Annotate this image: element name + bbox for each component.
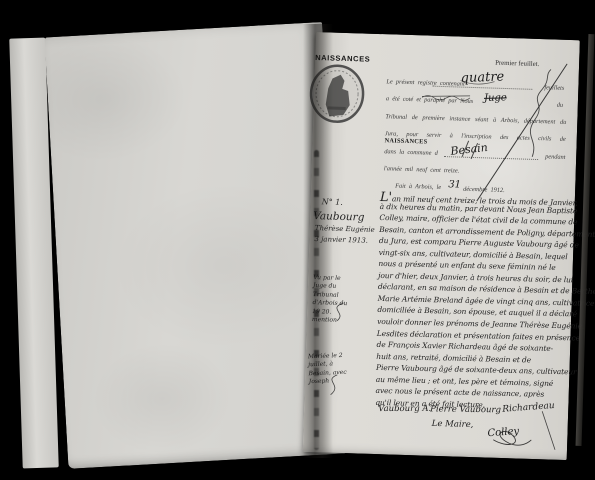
signature-father: Vaubourg A. (378, 404, 431, 414)
form-line2-printed: a été coté et paraphé par Nous (386, 95, 473, 105)
birth-act-text: L'an mil neuf cent treize, le trois du m… (375, 190, 576, 414)
form-line1-handwritten: quatre (460, 69, 504, 86)
form-line2-suffix: du (557, 102, 564, 109)
witness-signature-stroke (541, 411, 556, 449)
margin-annotations: N° 1. Vaubourg Thérèse Eugénie 3 janvier… (314, 197, 380, 199)
spine-crease-marks (314, 150, 319, 450)
form-line2-handwritten: Juge (484, 92, 507, 103)
mayor-role-label: Le Maire, (432, 419, 474, 430)
republique-stamp-icon (307, 62, 367, 126)
form-line5-suffix: pendant (545, 153, 566, 161)
form-line5-printed: dans la commune d (384, 148, 438, 157)
scanned-register-spread: NAISSANCES Premier feuillet. Le présent … (0, 0, 595, 480)
signature-witness-1: Pierre Vaubourg (430, 404, 501, 415)
form-line1-suffix: feuillets (544, 84, 564, 92)
signature-mayor: Colley (487, 426, 519, 439)
folio-label: Premier feuillet. (495, 60, 539, 68)
form-blank-line (432, 86, 532, 90)
form-line4-emphasis: NAISSANCES (385, 137, 428, 145)
right-register-page: NAISSANCES Premier feuillet. Le présent … (303, 32, 580, 460)
form-line5-handwritten: Besain (450, 141, 489, 158)
margin-given-names: Thérèse Eugénie (315, 224, 375, 234)
act-number: N° 1. (322, 197, 343, 207)
form-line3: Tribunal de première instance séant à Ar… (385, 113, 566, 126)
margin-date: 3 janvier 1913. (314, 235, 368, 245)
margin-surname: Vaubourg (313, 210, 365, 224)
left-blank-page (44, 22, 346, 469)
form-line7-handwritten-day: 31 (448, 179, 461, 190)
form-line6: l'année mil neuf cent treize. (384, 165, 460, 174)
